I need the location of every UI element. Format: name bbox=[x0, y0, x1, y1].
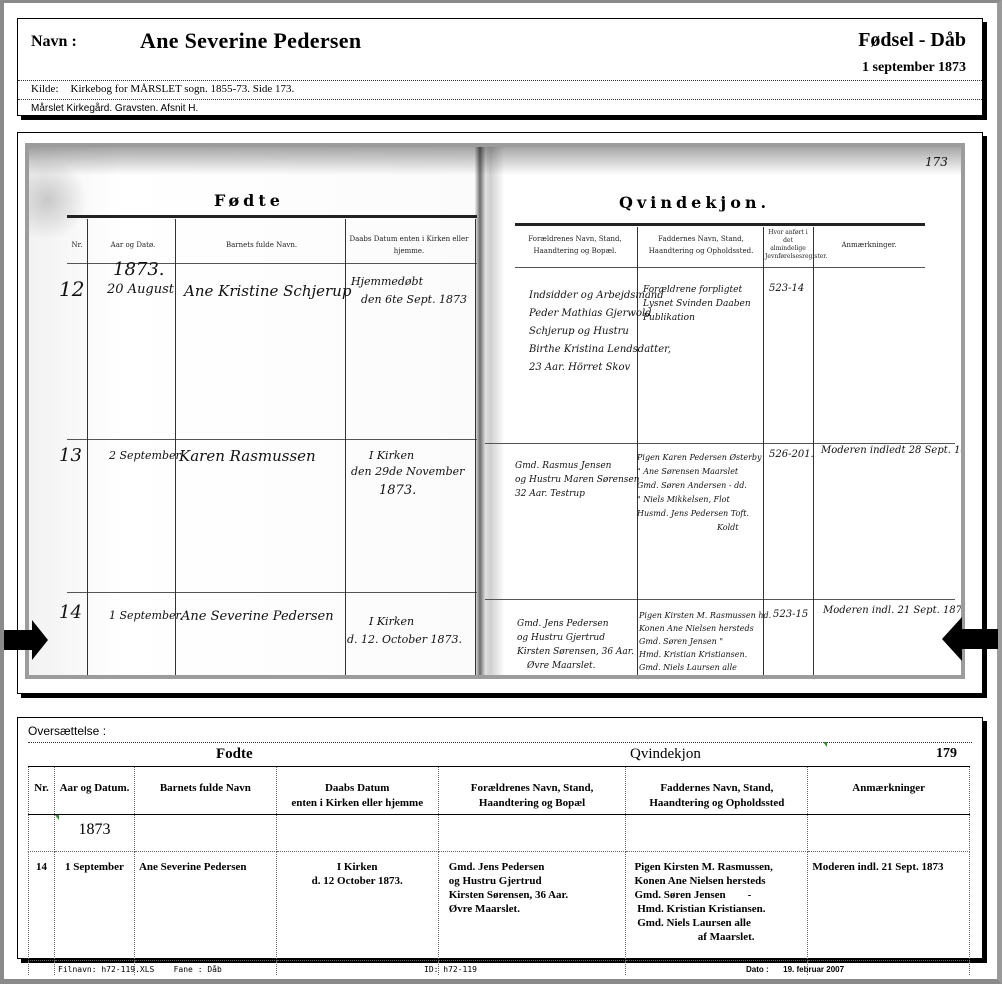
hw-line: Øvre Maarslet. bbox=[517, 659, 634, 673]
id-label: ID: bbox=[424, 965, 438, 974]
scan-row-line bbox=[67, 592, 477, 593]
cell bbox=[134, 815, 276, 852]
hw-line: Gmd. Søren Jensen " bbox=[639, 635, 771, 648]
scan-entry-remarks: Moderen indl. 21 Sept. 1873. bbox=[823, 605, 965, 616]
date-label: Dato : bbox=[746, 965, 769, 974]
col-header-child: Barnets fulde Navn bbox=[134, 767, 276, 815]
page-number: 179 bbox=[936, 746, 957, 762]
hw-line: Forældrene forpligtet bbox=[643, 283, 751, 297]
hw-line: Gmd. Jens Pedersen bbox=[517, 617, 634, 631]
source-label: Kilde: bbox=[31, 83, 59, 95]
arrow-left-icon bbox=[942, 617, 998, 661]
scan-entry-register: 523-15 bbox=[773, 609, 808, 620]
scan-entry-child: Ane Severine Pedersen bbox=[181, 609, 334, 624]
scan-entry-sponsors: Forældrene forpligtet Lysnet Svinden Daa… bbox=[643, 283, 751, 325]
book-gutter bbox=[475, 147, 485, 675]
scan-card: Fødte Nr. Aar og Datø. Barnets fulde Nav… bbox=[17, 132, 983, 694]
scan-col-header: Forældrenes Navn, Stand, Haandtering og … bbox=[515, 233, 635, 257]
comment-marker bbox=[823, 742, 827, 747]
hw-line: Schjerup og Hustru bbox=[529, 323, 671, 341]
hw-line: Gmd. Søren Andersen - dd. bbox=[637, 479, 762, 493]
hw-line: Birthe Kristina Lendsdatter, bbox=[529, 341, 671, 359]
hw-line: Hmd. Kristian Kristiansen. bbox=[639, 648, 771, 661]
hw-line: 32 Aar. Testrup bbox=[515, 487, 640, 501]
scan-rule bbox=[515, 223, 925, 226]
record-date: 1 september 1873 bbox=[862, 60, 966, 76]
col-header-baptism: Daabs Datum enten i Kirken eller hjemme bbox=[276, 767, 438, 815]
hw-line: Publikation bbox=[643, 311, 751, 325]
cell-nr: 14 bbox=[29, 852, 55, 961]
scan-entry-baptism: d. 12. October 1873. bbox=[347, 633, 462, 646]
parish-register-scan: Fødte Nr. Aar og Datø. Barnets fulde Nav… bbox=[25, 143, 965, 679]
translation-label: Oversættelse : bbox=[28, 724, 106, 738]
hw-line: " Niels Mikkelsen, Flot bbox=[637, 493, 762, 507]
hw-line: " Ane Sørensen Maarslet bbox=[637, 465, 762, 479]
hw-line: og Hustru Gjertrud bbox=[517, 631, 634, 645]
hw-line: Lysnet Svinden Daaben bbox=[643, 297, 751, 311]
scan-entry-date: 20 August bbox=[107, 282, 174, 297]
scan-rule bbox=[67, 215, 477, 218]
hw-line: Koldt bbox=[637, 521, 762, 535]
cell-date: 1 September bbox=[54, 852, 134, 961]
scan-entry-baptism: den 29de November bbox=[351, 465, 464, 478]
footer-date: Dato : 19. februar 2007 bbox=[746, 965, 844, 974]
scan-entry-date: 2 September bbox=[109, 449, 181, 462]
scan-entry-sponsors: Pigen Karen Pedersen Østerby " Ane Søren… bbox=[637, 451, 762, 535]
scan-entry-baptism: den 6te Sept. 1873 bbox=[361, 293, 467, 306]
divider bbox=[18, 80, 982, 81]
scan-entry-child: Ane Kristine Schjerup bbox=[184, 282, 351, 300]
cell bbox=[276, 815, 438, 852]
scan-entry-date: 1 September. bbox=[109, 609, 183, 622]
comment-marker bbox=[55, 815, 59, 820]
scan-entry-register: 523-14 bbox=[769, 283, 804, 294]
col-header-remarks: Anmærkninger bbox=[808, 767, 970, 815]
scan-entry-remarks: Moderen indledt 28 Sept. 1873. bbox=[821, 445, 965, 456]
scan-entry-child: Karen Rasmussen bbox=[179, 447, 316, 465]
scan-page-number: 173 bbox=[925, 155, 948, 169]
hw-line: Konen Ane Nielsen hersteds bbox=[639, 622, 771, 635]
cell-sponsors: Pigen Kirsten M. Rasmussen, Konen Ane Ni… bbox=[626, 852, 808, 961]
scan-col-header: Anmærkninger. bbox=[819, 239, 919, 251]
scan-entry-parents: Gmd. Rasmus Jensen og Hustru Maren Søren… bbox=[515, 459, 640, 501]
divider bbox=[18, 99, 982, 100]
table-row: 14 1 September Ane Severine Pedersen I K… bbox=[29, 852, 970, 961]
id-value: h72-119 bbox=[443, 965, 477, 974]
person-name: Ane Severine Pedersen bbox=[140, 28, 361, 54]
hw-line: Gmd. Niels Laursen alle bbox=[639, 661, 771, 674]
hw-line: Husmd. Jens Pedersen Toft. bbox=[637, 507, 762, 521]
header-card: Navn : Ane Severine Pedersen Fødsel - Då… bbox=[17, 18, 983, 116]
sheet-label: Fane : bbox=[174, 965, 203, 974]
hw-line: 23 Aar. Hörret Skov bbox=[529, 359, 671, 377]
scan-entry-register: 526-201. bbox=[769, 449, 814, 460]
cell-parents: Gmd. Jens Pedersen og Hustru Gjertrud Ki… bbox=[438, 852, 626, 961]
scan-entry-baptism: I Kirken bbox=[369, 615, 414, 628]
scan-entry-parents: Gmd. Jens Pedersen og Hustru Gjertrud Ki… bbox=[517, 617, 634, 673]
hw-line: Kirsten Sørensen, 36 Aar. bbox=[517, 645, 634, 659]
translation-card: Oversættelse : Fodte Qvindekjon 179 Nr. … bbox=[17, 717, 983, 959]
scan-heading-right: Qvindekjon. bbox=[619, 193, 770, 212]
section-qvindekjon: Qvindekjon bbox=[630, 746, 701, 763]
col-header-date: Aar og Datum. bbox=[54, 767, 134, 815]
cell bbox=[808, 815, 970, 852]
scan-col-line bbox=[87, 219, 88, 679]
scan-entry-sponsors: Pigen Kirsten M. Rasmussen hd. Konen Ane… bbox=[639, 609, 771, 679]
scan-col-header: Barnets fulde Navn. bbox=[179, 239, 344, 251]
scan-entry-nr: 13 bbox=[59, 445, 82, 466]
hw-line: Pigen Kirsten M. Rasmussen hd. bbox=[639, 609, 771, 622]
year-row: 1873 bbox=[29, 815, 970, 852]
divider bbox=[28, 742, 972, 743]
hw-line: og Hustru Maren Sørensen bbox=[515, 473, 640, 487]
hw-line: Gmd. Rasmus Jensen bbox=[515, 459, 640, 473]
scan-col-line bbox=[475, 219, 476, 679]
cell-baptism: I Kirken d. 12 October 1873. bbox=[276, 852, 438, 961]
scan-entry-nr: 12 bbox=[59, 277, 84, 301]
footer-id: ID: h72-119 bbox=[424, 965, 477, 974]
scan-entry-nr: 14 bbox=[59, 602, 82, 623]
scan-entry-year: 1873. bbox=[113, 259, 165, 280]
source-value: Kirkebog for MÅRSLET sogn. 1855-73. Side… bbox=[71, 83, 295, 95]
scan-entry-baptism: I Kirken bbox=[369, 449, 414, 462]
filename-label: Filnavn: bbox=[58, 965, 97, 974]
scan-heading-left: Fødte bbox=[214, 191, 284, 210]
col-header-parents: Forældrenes Navn, Stand, Haandtering og … bbox=[438, 767, 626, 815]
scan-col-header: Aar og Datø. bbox=[89, 239, 177, 251]
cell-child: Ane Severine Pedersen bbox=[134, 852, 276, 961]
footer-filename: Filnavn: h72-119.XLS Fane : Dåb bbox=[58, 965, 222, 974]
scan-col-header: Hvor anført i det almindelige Jevnførels… bbox=[765, 229, 811, 261]
source-row: Kilde:Kirkebog for MÅRSLET sogn. 1855-73… bbox=[31, 83, 294, 95]
scan-col-header: Nr. bbox=[67, 239, 87, 251]
cell bbox=[29, 961, 55, 976]
name-label: Navn : bbox=[31, 33, 77, 51]
scan-entry-baptism: 1873. bbox=[379, 483, 416, 498]
filename-value: h72-119.XLS bbox=[101, 965, 154, 974]
year-value: 1873 bbox=[78, 821, 110, 838]
scan-col-header: Faddernes Navn, Stand, Haandtering og Op… bbox=[641, 233, 761, 257]
date-value: 19. februar 2007 bbox=[783, 965, 844, 974]
hw-line: Pigen Karen Pedersen Østerby bbox=[637, 451, 762, 465]
cell-remarks: Moderen indl. 21 Sept. 1873 bbox=[808, 852, 970, 961]
scan-row-line bbox=[515, 267, 925, 268]
scan-row-line bbox=[67, 439, 477, 440]
year-cell: 1873 bbox=[54, 815, 134, 852]
cell bbox=[29, 815, 55, 852]
translation-table: Nr. Aar og Datum. Barnets fulde Navn Daa… bbox=[28, 766, 970, 975]
scan-col-header: Daabs Datum enten i Kirken eller hjemme. bbox=[349, 233, 469, 257]
scan-row-line bbox=[485, 599, 955, 600]
hw-line: af Maarslet. bbox=[639, 674, 771, 679]
sheet-value: Dåb bbox=[207, 965, 221, 974]
arrow-right-icon bbox=[4, 620, 48, 660]
scan-entry-baptism: Hjemmedøbt bbox=[351, 275, 423, 288]
cell bbox=[276, 961, 438, 976]
col-header-nr: Nr. bbox=[29, 767, 55, 815]
grave-note: Mårslet Kirkegård. Gravsten. Afsnit H. bbox=[31, 103, 198, 114]
cell bbox=[626, 815, 808, 852]
cell bbox=[438, 815, 626, 852]
record-type: Fødsel - Dåb bbox=[858, 29, 966, 52]
section-fodte: Fodte bbox=[216, 746, 253, 763]
scan-shadow bbox=[29, 147, 961, 175]
col-header-sponsors: Faddernes Navn, Stand, Haandtering og Op… bbox=[626, 767, 808, 815]
scan-row-line bbox=[485, 443, 955, 444]
